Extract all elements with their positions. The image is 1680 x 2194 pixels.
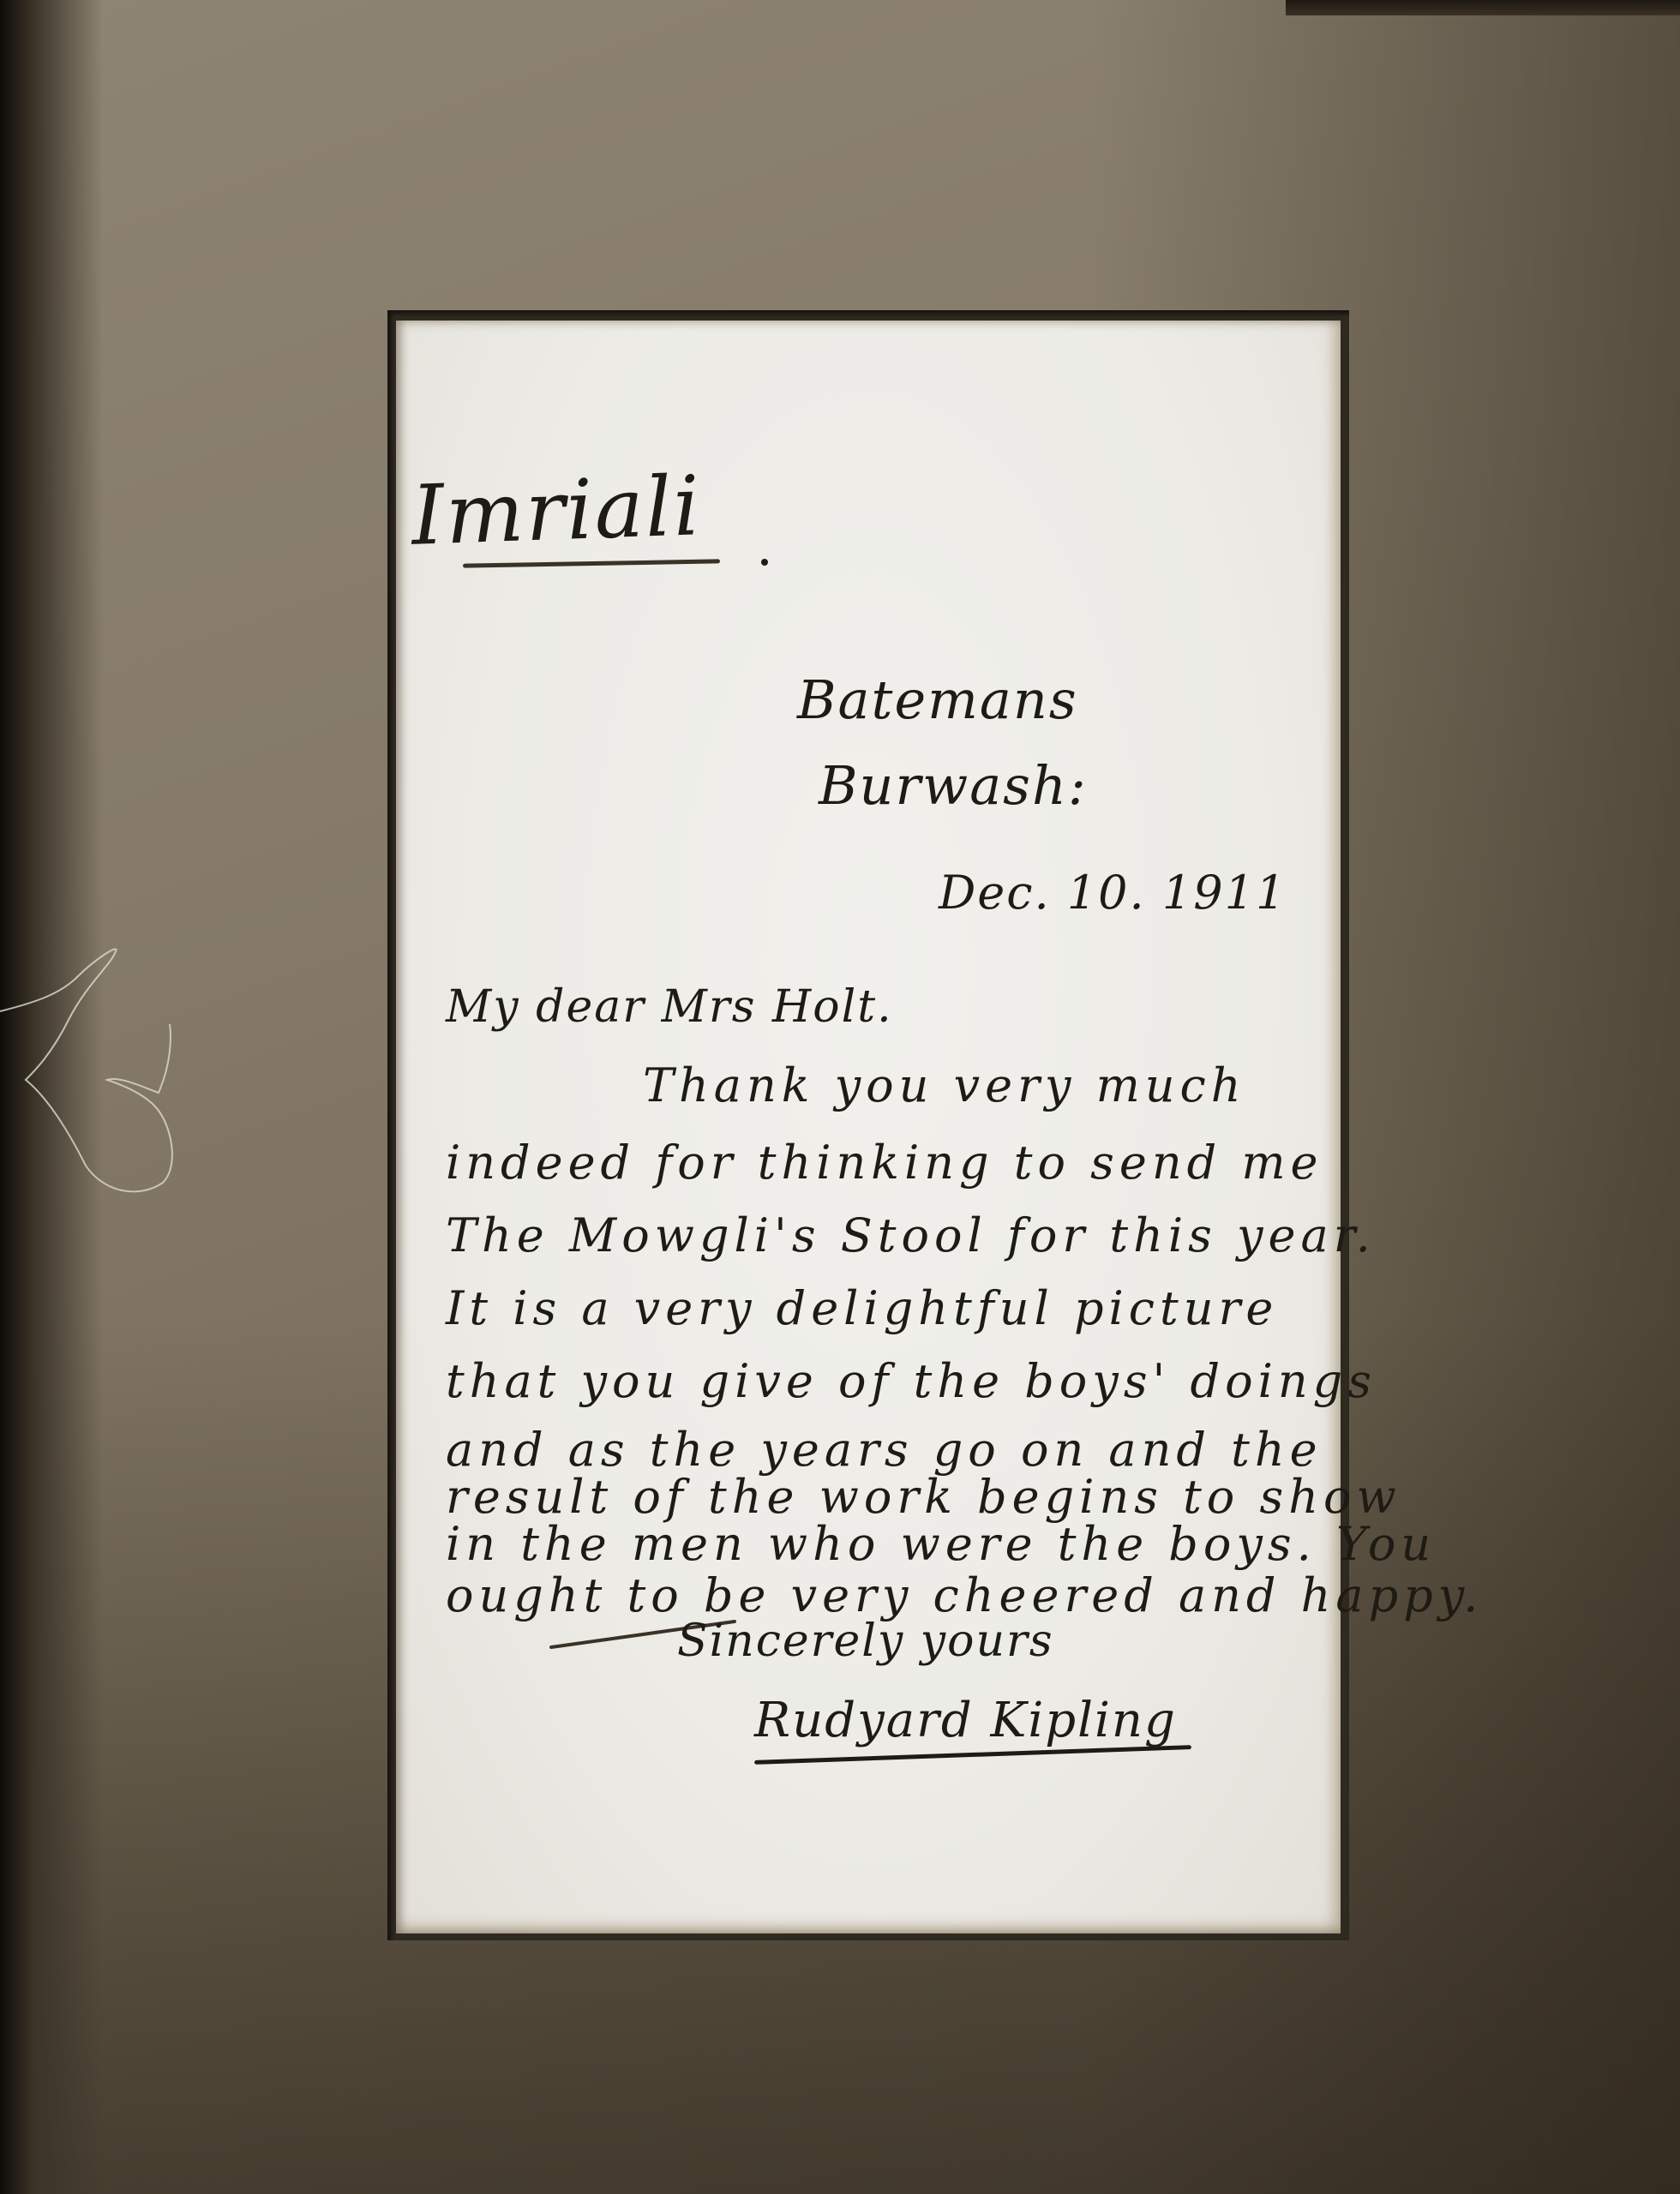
body-line: result of the work begins to show <box>446 1470 1401 1524</box>
body-line: It is a very delightful picture <box>446 1281 1278 1335</box>
heading-dot <box>761 559 768 566</box>
address-line-2: Burwash: <box>819 754 1088 817</box>
letter-heading: Imriali <box>410 458 703 564</box>
loose-thread <box>0 926 223 1217</box>
signature: Rudyard Kipling <box>754 1693 1177 1748</box>
body-line: The Mowgli's Stool for this year. <box>446 1208 1376 1262</box>
frame-top-edge <box>1286 0 1680 15</box>
body-line: that you give of the boys' doings <box>446 1354 1377 1408</box>
body-line: ought to be very cheered and happy. <box>446 1568 1483 1622</box>
body-line: Thank you very much <box>643 1058 1246 1112</box>
closing: Sincerely yours <box>677 1616 1054 1667</box>
address-line-1: Batemans <box>797 668 1078 731</box>
letter-date: Dec. 10. 1911 <box>939 866 1287 920</box>
body-line: indeed for thinking to send me <box>446 1136 1323 1190</box>
body-line: in the men who were the boys. You <box>446 1517 1436 1571</box>
body-line: and as the years go on and the <box>446 1423 1323 1477</box>
salutation: My dear Mrs Holt. <box>446 981 893 1033</box>
